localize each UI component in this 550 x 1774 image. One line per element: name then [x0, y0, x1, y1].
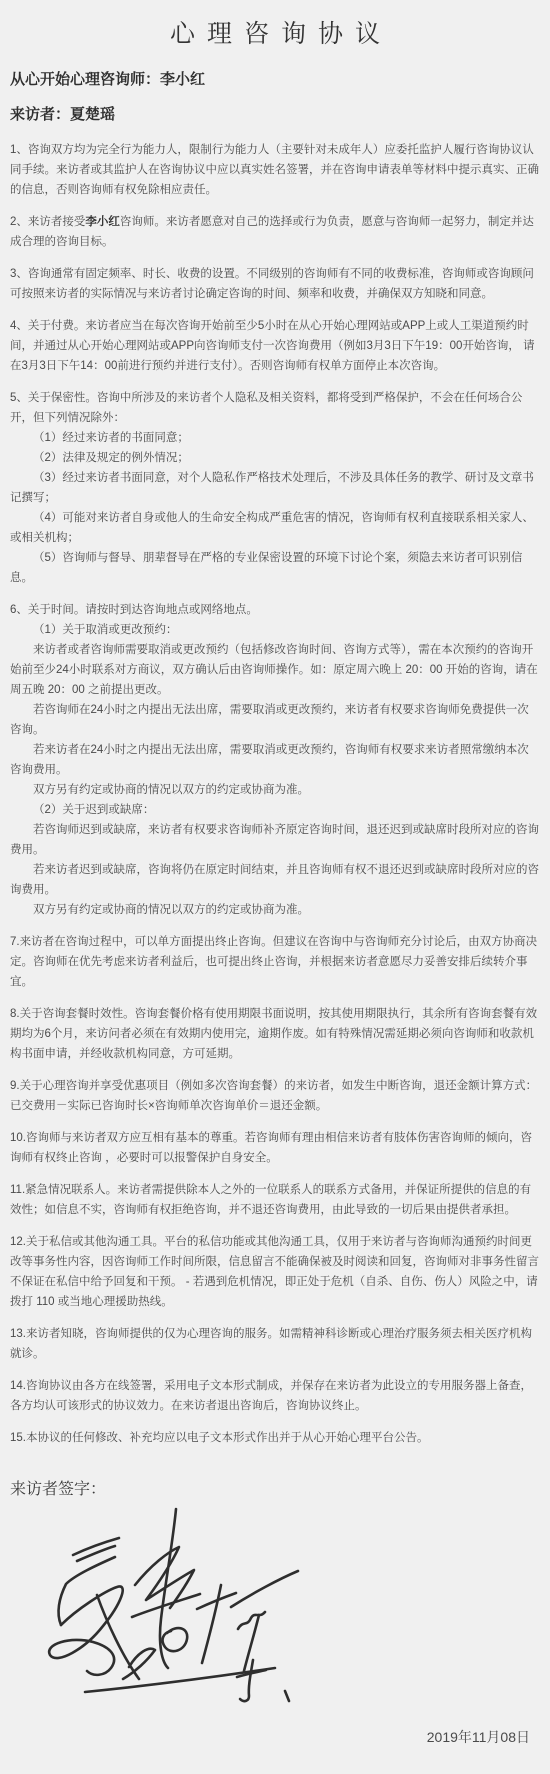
- clause-15: 15.本协议的任何修改、补充均应以电子文本形式作出并于从心开始心理平台公告。: [10, 1428, 540, 1448]
- clause-1: 1、咨询双方均为完全行为能力人，限制行为能力人（主要针对未成年人）应委托监护人履…: [10, 140, 540, 200]
- client-line: 来访者：夏楚瑶: [10, 105, 540, 125]
- clause-6-item-1-title: （1）关于取消或更改预约：: [10, 620, 540, 640]
- clause-3: 3、咨询通常有固定频率、时长、收费的设置。不同级别的咨询师有不同的收费标准，咨询…: [10, 264, 540, 304]
- clause-14: 14.咨询协议由各方在线签署，采用电子文本形式制成，并保存在来访者为此设立的专用…: [10, 1376, 540, 1416]
- clause-6-item-1-para-b: 若咨询师在24小时之内提出无法出席，需要取消或更改预约，来访者有权要求咨询师免费…: [10, 700, 540, 740]
- clause-2: 2、来访者接受李小红咨询师。来访者愿意对自己的选择或行为负责，愿意与咨询师一起努…: [10, 212, 540, 252]
- clause-5-item-3: （3）经过来访者书面同意，对个人隐私作严格技术处理后，不涉及具体任务的教学、研讨…: [10, 468, 540, 508]
- handwritten-signature: [35, 1505, 315, 1725]
- clause-13: 13.来访者知晓，咨询师提供的仅为心理咨询的服务。如需精神科诊断或心理治疗服务须…: [10, 1324, 540, 1364]
- clause-6-item-1-para-a: 来访者或者咨询师需要取消或更改预约（包括修改咨询时间、咨询方式等），需在本次预约…: [10, 640, 540, 700]
- agreement-document: 心理咨询协议 从心开始心理咨询师：李小红 来访者：夏楚瑶 1、咨询双方均为完全行…: [0, 0, 550, 1774]
- clause-6-item-2-para-c: 双方另有约定或协商的情况以双方的约定或协商为准。: [10, 900, 540, 920]
- clause-5-intro: 5、关于保密性。咨询中所涉及的来访者个人隐私及相关资料，都将受到严格保护，不会在…: [10, 388, 540, 428]
- page-title: 心理咨询协议: [10, 14, 540, 50]
- counselor-line: 从心开始心理咨询师：李小红: [10, 70, 540, 90]
- signature-date: 2019年11月08日: [10, 1727, 540, 1747]
- signature-area: [35, 1505, 540, 1725]
- signature-label: 来访者签字：: [10, 1476, 540, 1499]
- clause-2-counselor-name: 李小红: [85, 216, 120, 228]
- clause-6-group: 6、关于时间。请按时到达咨询地点或网络地点。 （1）关于取消或更改预约： 来访者…: [10, 600, 540, 920]
- clause-6-item-1-para-c: 若来访者在24小时之内提出无法出席，需要取消或更改预约，咨询师有权要求来访者照常…: [10, 740, 540, 780]
- clause-2-prefix: 2、来访者接受: [10, 216, 85, 228]
- clause-10: 10.咨询师与来访者双方应互相有基本的尊重。若咨询师有理由相信来访者有肢体伤害咨…: [10, 1128, 540, 1168]
- clause-5-item-1: （1）经过来访者的书面同意；: [10, 428, 540, 448]
- clause-12: 12.关于私信或其他沟通工具。平台的私信功能或其他沟通工具，仅用于来访者与咨询师…: [10, 1232, 540, 1312]
- clause-6-item-2-para-a: 若咨询师迟到或缺席，来访者有权要求咨询师补齐原定咨询时间，退还迟到或缺席时段所对…: [10, 820, 540, 860]
- clause-9: 9.关于心理咨询并享受优惠项目（例如多次咨询套餐）的来访者，如发生中断咨询，退还…: [10, 1076, 540, 1116]
- clause-5-group: 5、关于保密性。咨询中所涉及的来访者个人隐私及相关资料，都将受到严格保护，不会在…: [10, 388, 540, 588]
- clause-5-item-5: （5）咨询师与督导、朋辈督导在严格的专业保密设置的环境下讨论个案，须隐去来访者可…: [10, 548, 540, 588]
- clause-6-item-2-para-b: 若来访者迟到或缺席，咨询将仍在原定时间结束，并且咨询师有权不退还迟到或缺席时段所…: [10, 860, 540, 900]
- clause-4: 4、关于付费。来访者应当在每次咨询开始前至少5小时在从心开始心理网站或APP上或…: [10, 316, 540, 376]
- clause-11: 11.紧急情况联系人。来访者需提供除本人之外的一位联系人的联系方式备用，并保证所…: [10, 1180, 540, 1220]
- clause-6-intro: 6、关于时间。请按时到达咨询地点或网络地点。: [10, 600, 540, 620]
- clause-5-item-2: （2）法律及规定的例外情况；: [10, 448, 540, 468]
- clause-8: 8.关于咨询套餐时效性。咨询套餐价格有使用期限书面说明，按其使用期限执行，其余所…: [10, 1004, 540, 1064]
- clause-7: 7.来访者在咨询过程中，可以单方面提出终止咨询。但建议在咨询中与咨询师充分讨论后…: [10, 932, 540, 992]
- clause-5-item-4: （4）可能对来访者自身或他人的生命安全构成严重危害的情况，咨询师有权利直接联系相…: [10, 508, 540, 548]
- clause-6-item-1-para-d: 双方另有约定或协商的情况以双方的约定或协商为准。: [10, 780, 540, 800]
- clause-6-item-2-title: （2）关于迟到或缺席：: [10, 800, 540, 820]
